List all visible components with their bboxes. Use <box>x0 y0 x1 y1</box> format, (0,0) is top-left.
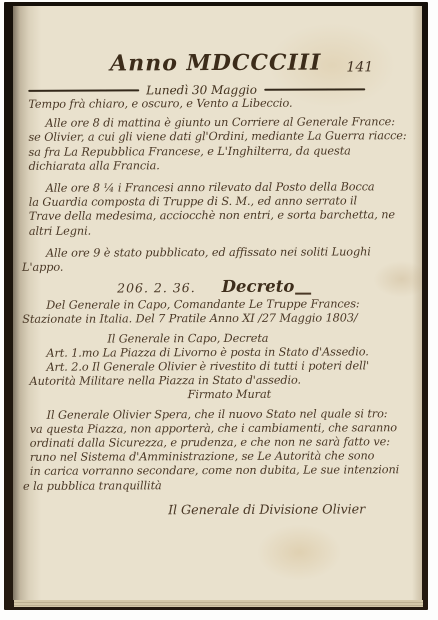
page-edge-stack <box>14 600 423 607</box>
manuscript-line: Trave della medesima, acciocchè non entr… <box>29 209 410 225</box>
underline-flourish <box>295 293 311 295</box>
manuscript-line: Tempo frà chiaro, e oscuro, e Vento a Li… <box>28 96 409 112</box>
manuscript-line: e la pubblica tranquillità <box>23 478 411 494</box>
manuscript-line: Alle ore 9 è stato pubblicato, ed affiss… <box>29 245 410 261</box>
manuscript-line: altri Legni. <box>29 223 410 239</box>
manuscript-text: Anno MDCCCIII 141 Lunedì 30 Maggio Tempo… <box>28 6 411 519</box>
manuscript-line: dichiarata alla Francia. <box>29 158 410 174</box>
manuscript-page: Anno MDCCCIII 141 Lunedì 30 Maggio Tempo… <box>13 6 422 600</box>
manuscript-line: Il Generale in Capo, Decreta <box>107 331 410 347</box>
manuscript-line: in carica vorranno secondare, come non d… <box>30 464 411 480</box>
page-number: 141 <box>346 59 373 75</box>
page-header: Anno MDCCCIII 141 <box>28 45 409 77</box>
date-heading: Lunedì 30 Maggio <box>139 82 264 97</box>
book-cover: Anno MDCCCIII 141 Lunedì 30 Maggio Tempo… <box>4 2 428 610</box>
manuscript-line: Il Generale Olivier Spera, che il nuovo … <box>30 407 411 423</box>
decree-signature-line: Firmato Murat <box>188 388 411 403</box>
year-title: Anno MDCCCIII <box>110 50 321 77</box>
date-rule-row: Lunedì 30 Maggio <box>28 81 409 98</box>
manuscript-line: Art. 2.o Il Generale Olivier è rivestito… <box>29 359 410 375</box>
signature-line: Il Generale di Divisione Olivier <box>168 503 411 518</box>
decree-heading-row: 206. 2. 36. Decreto <box>117 276 410 298</box>
manuscript-line: Stazionate in Italia. Del 7 Pratile Anno… <box>22 312 410 328</box>
decree-reference-number: 206. 2. 36. <box>117 280 196 295</box>
date-rule-left <box>28 89 139 91</box>
manuscript-line: L'appo. <box>22 259 410 275</box>
decree-title: Decreto <box>222 277 295 296</box>
manuscript-line: se Olivier, a cui gli viene dati gl'Ordi… <box>28 130 409 146</box>
manuscript-photo: Anno MDCCCIII 141 Lunedì 30 Maggio Tempo… <box>0 0 438 620</box>
date-rule-right <box>264 88 365 90</box>
